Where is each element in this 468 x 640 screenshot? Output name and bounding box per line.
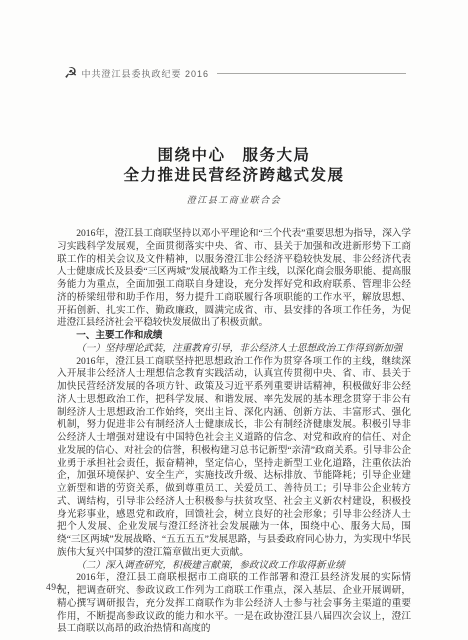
header-rule <box>217 73 406 74</box>
subsection-1-body: 2016年，澄江县工商联坚持把思想政治工作作为贯穿各项工作的主线，继续深入开展非… <box>57 356 411 560</box>
page-number: 494 <box>46 583 62 593</box>
article-title-line1: 围绕中心 服务大局 <box>0 146 468 166</box>
running-header-title: 中共澄江县委执政纪要 2016 <box>81 67 209 80</box>
document-page: ☭ 中共澄江县委执政纪要 2016 围绕中心 服务大局 全力推进民营经济跨越式发… <box>0 0 468 640</box>
article-title-line2: 全力推进民营经济跨越式发展 <box>0 166 468 186</box>
article-body: 2016年，澄江县工商联坚持以邓小平理论和“三个代表”重要思想为指导，深入学习实… <box>57 228 411 636</box>
party-emblem-icon: ☭ <box>64 66 77 81</box>
subsection-2-body: 2016年，澄江县工商联根据市工商联的工作部署和澄江县经济发展的实际情况，把调查… <box>57 572 411 636</box>
running-header: ☭ 中共澄江县委执政纪要 2016 <box>64 66 406 81</box>
subsection-2-heading: （二）深入调查研究，积极建言献策，参政议政工作取得新业绩 <box>57 560 411 573</box>
article-title: 围绕中心 服务大局 全力推进民营经济跨越式发展 <box>0 146 468 186</box>
section-1-heading: 一、主要工作和成绩 <box>57 330 411 343</box>
article-byline: 澄江县工商业联合会 <box>0 193 468 206</box>
subsection-1-heading: （一）坚持理论武装，注重教育引导，非公经济人士思想政治工作得到新加强 <box>57 343 411 356</box>
intro-paragraph: 2016年，澄江县工商联坚持以邓小平理论和“三个代表”重要思想为指导，深入学习实… <box>57 228 411 330</box>
